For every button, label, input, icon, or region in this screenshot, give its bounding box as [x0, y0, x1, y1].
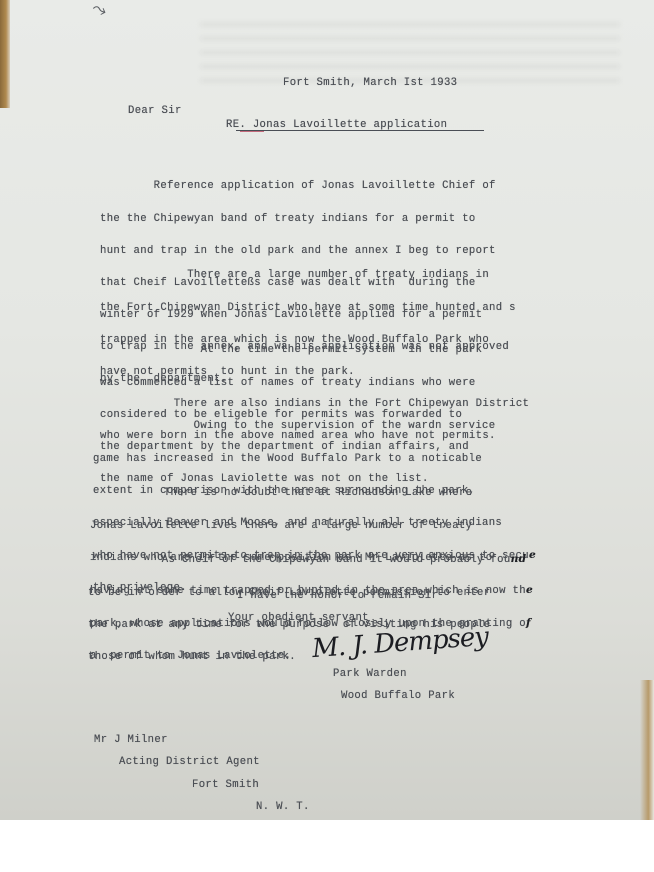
recipient-city: Fort Smith: [192, 780, 259, 791]
paragraph-6: As Cheif of the Chipewyan band it would …: [88, 533, 526, 684]
handwritten-correction: nd: [511, 553, 527, 565]
salutation: Dear Sir: [128, 106, 182, 117]
recipient-title: Acting District Agent: [119, 757, 260, 768]
signer-title: Park Warden: [333, 669, 407, 680]
text-line: There is no doubt that at Richadson Lake…: [90, 488, 533, 499]
text-line: was commenced a list of names of treaty …: [100, 378, 482, 389]
text-line: Jonas Lavoilette lives there are a large…: [90, 521, 533, 532]
place-date: Fort Smith, March Ist 1933: [283, 78, 457, 89]
closing-line-1: I have the honor to remain Sir: [237, 591, 438, 602]
text-line: As Cheif of the Chipewyan band it would …: [88, 554, 526, 566]
text-line: Owing to the supervision of the wardn se…: [93, 421, 536, 432]
pencil-mark-icon: ⤳: [89, 0, 110, 23]
handwritten-correction: e: [526, 584, 533, 596]
text-line: There are a large number of treaty india…: [100, 270, 529, 281]
handwritten-correction: f: [526, 617, 531, 629]
letter-photograph: ⤳ Fort Smith, March Ist 1933 Dear Sir RE…: [0, 0, 654, 820]
closing-line-2: Your obedient servant: [228, 613, 369, 624]
page-curl-edge: [640, 680, 654, 820]
recipient-name: Mr J Milner: [94, 735, 168, 746]
signer-organization: Wood Buffalo Park: [341, 691, 455, 702]
text-line: Reference application of Jonas Lavoillet…: [100, 181, 509, 192]
text-line: game has increased in the Wood Buffalo P…: [93, 454, 536, 465]
text-line: the the Chipewyan band of treaty indians…: [100, 214, 509, 225]
text-line: At the time the permit system in the par…: [100, 345, 482, 356]
text-line: the Fort Chipewyan District who have at …: [100, 303, 529, 314]
recipient-territory: N. W. T.: [256, 802, 310, 813]
subject-red-mark: [240, 131, 264, 132]
binder-edge: [0, 0, 10, 108]
subject-underline: [236, 130, 484, 131]
